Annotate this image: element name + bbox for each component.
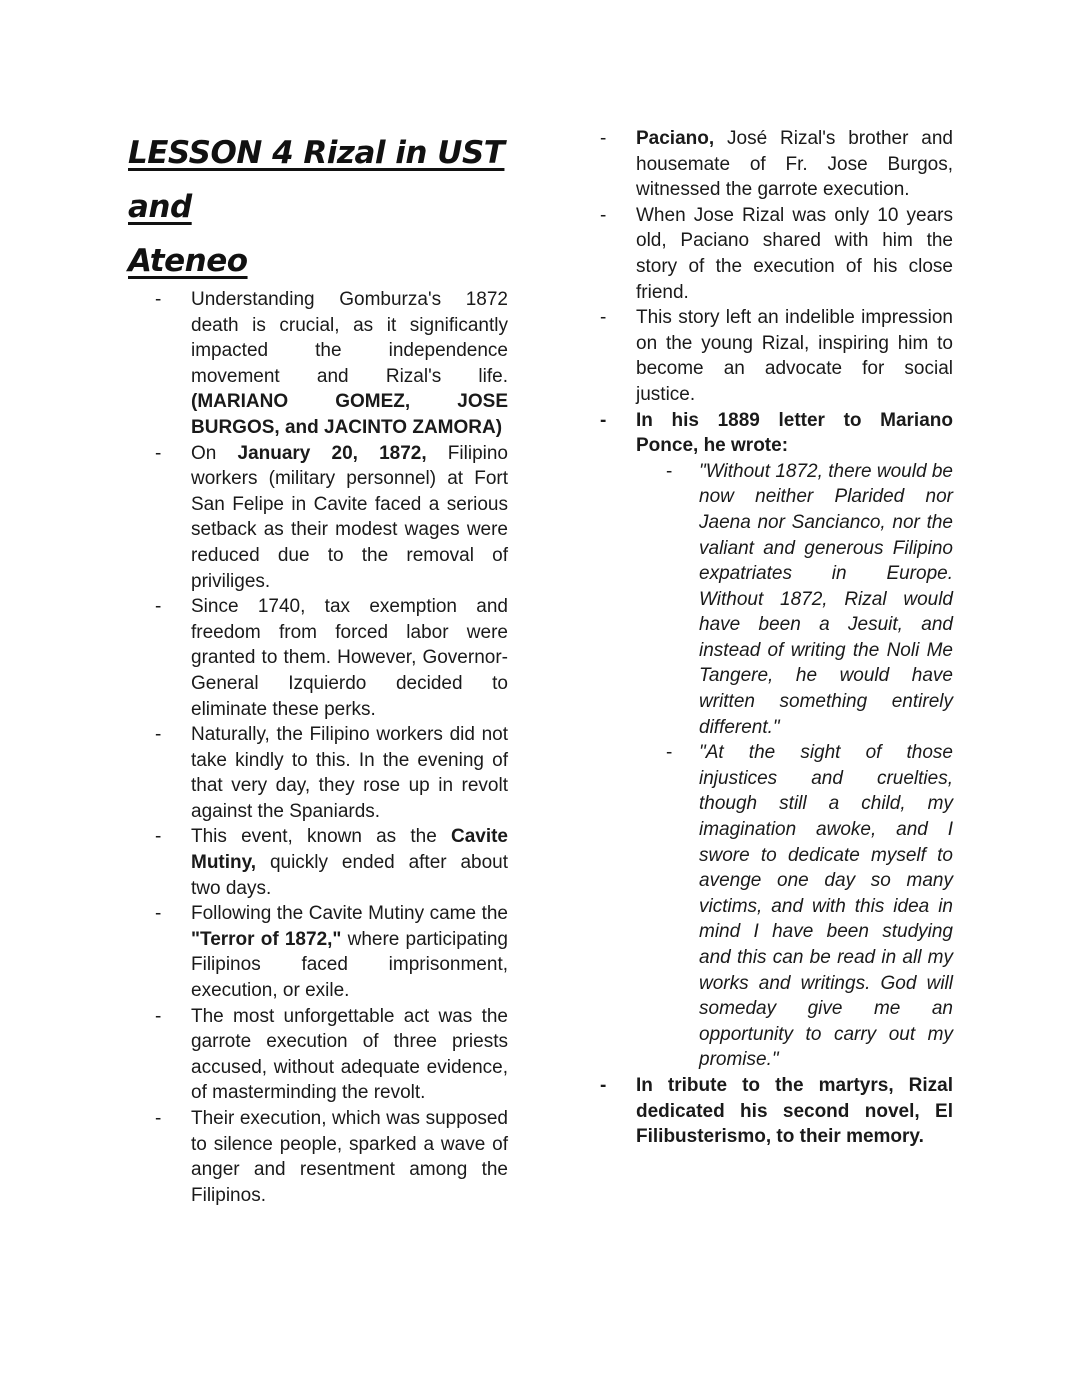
list-item: - Paciano, José Rizal's brother and hous… (600, 126, 953, 203)
list-item: - This event, known as the Cavite Mutiny… (155, 824, 508, 901)
martyr-names: (MARIANO GOMEZ, JOSE BURGOS, and JACINTO… (191, 391, 508, 438)
terror-1872-highlight: "Terror of 1872," (191, 929, 341, 950)
bullet-dash: - (600, 1073, 606, 1099)
bullet-dash: - (155, 594, 161, 620)
bullet-dash: - (155, 287, 161, 313)
bullet-dash: - (600, 408, 606, 434)
right-column: - Paciano, José Rizal's brother and hous… (600, 126, 953, 1150)
list-item: - On January 20, 1872, Filipino workers … (155, 441, 508, 595)
list-item: - Naturally, the Filipino workers did no… (155, 722, 508, 824)
bullet-dash: - (666, 740, 672, 766)
bullet-dash: - (600, 126, 606, 152)
list-item: - This story left an indelible impressio… (600, 305, 953, 407)
bullet-dash: - (155, 1004, 161, 1030)
bullet-dash: - (155, 441, 161, 467)
date-highlight: January 20, 1872, (238, 443, 427, 464)
quote-item: - "At the sight of those injustices and … (600, 740, 953, 1073)
list-item-letter-intro: - In his 1889 letter to Mariano Ponce, h… (600, 408, 953, 459)
bullet-dash: - (600, 305, 606, 331)
document-page: LESSON 4 Rizal in UST and Ateneo - Under… (0, 0, 1080, 1397)
bullet-dash: - (666, 459, 672, 485)
left-column: - Understanding Gomburza's 1872 death is… (155, 287, 508, 1208)
list-item: - Understanding Gomburza's 1872 death is… (155, 287, 508, 441)
title-line-2: Ateneo (128, 243, 248, 279)
list-item: - The most unforgettable act was the gar… (155, 1004, 508, 1106)
quote-text: "At the sight of those injustices and cr… (699, 742, 953, 1070)
quote-item: - "Without 1872, there would be now neit… (600, 459, 953, 741)
bullet-dash: - (155, 1106, 161, 1132)
bullet-dash: - (155, 722, 161, 748)
list-item: - Following the Cavite Mutiny came the "… (155, 901, 508, 1003)
list-item: - Since 1740, tax exemption and freedom … (155, 594, 508, 722)
list-item: - When Jose Rizal was only 10 years old,… (600, 203, 953, 305)
bullet-dash: - (155, 901, 161, 927)
list-item-tribute: - In tribute to the martyrs, Rizal dedic… (600, 1073, 953, 1150)
quote-text: "Without 1872, there would be now neithe… (699, 461, 953, 738)
paciano-highlight: Paciano, (636, 128, 714, 149)
page-title: LESSON 4 Rizal in UST and Ateneo (128, 126, 528, 288)
title-line-1: LESSON 4 Rizal in UST and (128, 135, 504, 225)
bullet-dash: - (155, 824, 161, 850)
bullet-dash: - (600, 203, 606, 229)
list-item: - Their execution, which was supposed to… (155, 1106, 508, 1208)
